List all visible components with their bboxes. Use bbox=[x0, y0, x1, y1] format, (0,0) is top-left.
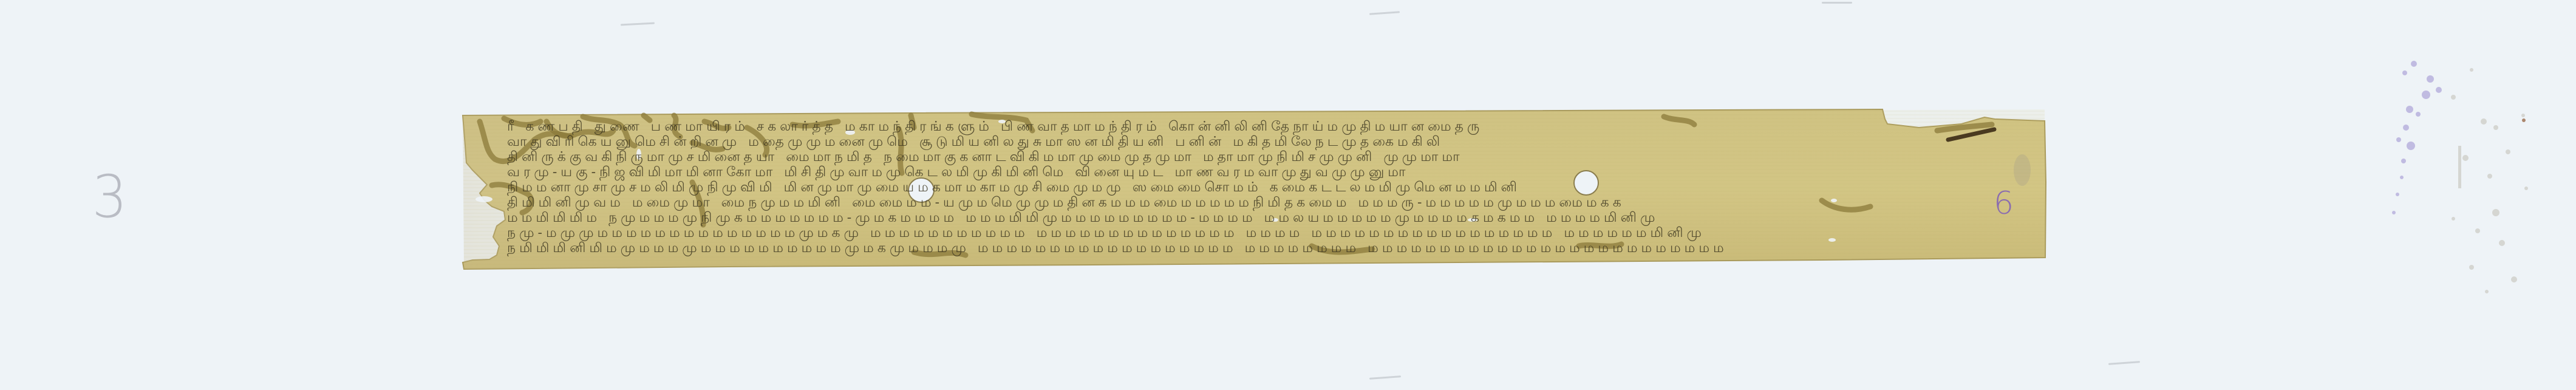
text-line: ரீ கணபதி துணை பணமாயிரம் சகலார்த்த மகாமந்… bbox=[507, 119, 2025, 134]
text-line: வாதுவிரிகெயனுமெசின்றினமு மதைமுமுமனைமுமெ … bbox=[507, 134, 2025, 149]
text-line: நிமமனாமுசாமுசமலிமிமுநிமுவிமி மினமுமாமுமை… bbox=[507, 180, 2025, 195]
text-line: நமிமிமினிமிமமுமமமமுமமமமமமமமமமமுமகமுமமமமு… bbox=[507, 241, 2025, 256]
text-line: திமிமினிமுவம மமைமுமா மைநமுமமமினி மைமைமம-… bbox=[507, 195, 2025, 210]
text-line: வரமு-யகு-நிஜவிமிமாமினாகோமா மிசிதிமுவாமமு… bbox=[507, 165, 2025, 180]
leaf-number-mark: 6 bbox=[1994, 185, 2014, 222]
manuscript-text: ரீ கணபதி துணை பணமாயிரம் சகலார்த்த மகாமந்… bbox=[507, 119, 2025, 265]
text-line: நமு-மமுமுமமமமமமமமமமமமமமமுமகமு மமமமமமமமமம… bbox=[507, 225, 2025, 241]
faded-stamp-mark bbox=[2380, 36, 2538, 328]
text-line: மமமிமிமிம நமுமமமமுநிமுகமமமமமமம-முமகமமமம … bbox=[507, 210, 2025, 225]
scan-canvas: 3 bbox=[0, 0, 2576, 390]
text-line: தினிருக்குவகிநிருமாமுசமினைதயா மைமாநமித ந… bbox=[507, 149, 2025, 165]
